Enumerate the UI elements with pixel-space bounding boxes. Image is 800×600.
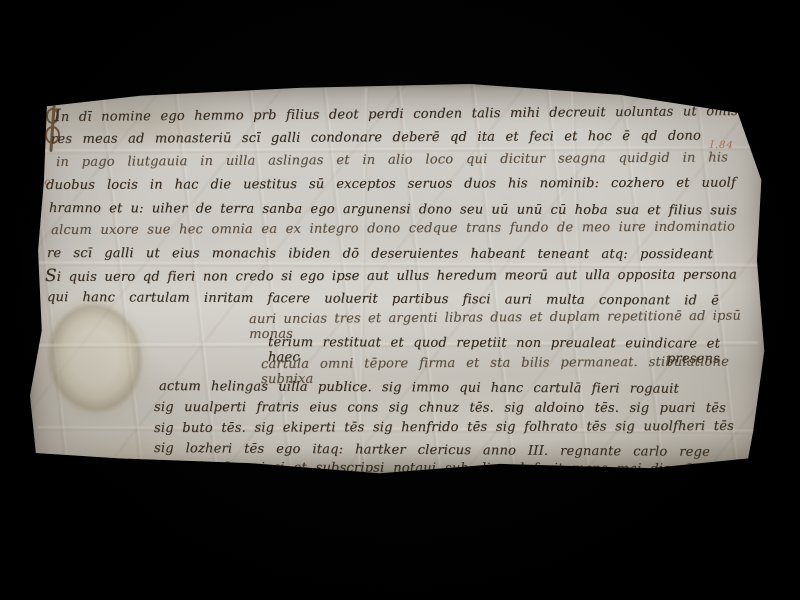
manuscript-line: re scī galli ut eius monachis ibiden dō … (47, 246, 713, 262)
manuscript-line: sig buto tēs. sig ekiperti tēs sig henfr… (154, 419, 734, 436)
manuscript-line: res meas ad monasteriū scī galli condona… (51, 129, 701, 147)
parchment-sheet: 4o I.84 In dī nomine ego hemmo prb filiu… (30, 84, 765, 474)
manuscript-line: actum helingas uilla publice. sig immo q… (159, 379, 679, 397)
manuscript-line: franchorū scripsi et subscripsi notaui s… (164, 460, 710, 477)
manuscript-line: hramno et u: uiher de terra sanba ego ar… (49, 201, 737, 218)
manuscript-line: qui hanc cartulam inritam facere uolueri… (47, 290, 719, 309)
manuscript-line: sig lozheri tēs ego itaq: hartker cleric… (154, 441, 710, 460)
charter-photograph: 4o I.84 In dī nomine ego hemmo prb filiu… (0, 0, 800, 600)
manuscript-line: sig uualperti fratris eius cons sig chnu… (154, 400, 726, 416)
manuscript-line: alcum uxore sue hec omnia ea ex integro … (51, 219, 735, 238)
manuscript-line: duobus locis in hac die uestitus sū exce… (46, 176, 736, 193)
manuscript-line: Si quis uero qd fieri non credo si ego i… (45, 266, 737, 285)
